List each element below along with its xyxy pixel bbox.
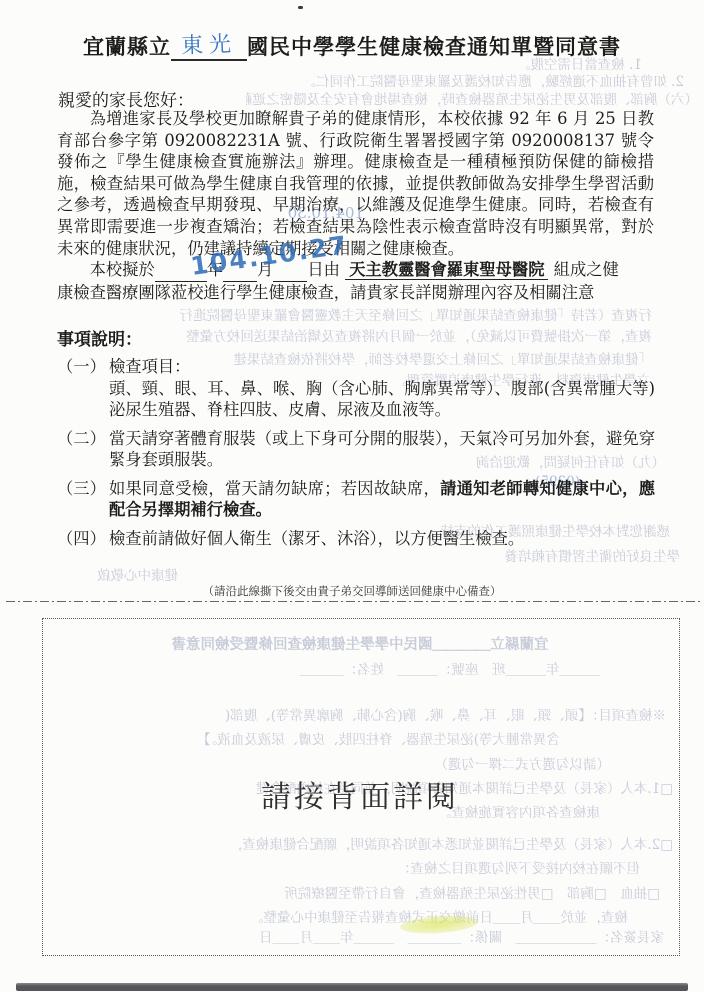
flip-notice: 請接背面詳閱 <box>42 772 678 816</box>
notes-list: （一） 檢查項目： 頭、頸、眼、耳、鼻、喉、胸（含心肺、胸廓異常等）、腹部(含異… <box>57 356 655 556</box>
note-head: 檢查項目： <box>109 357 190 376</box>
form-title-suffix: 國民中學學生健康檢查通知單暨同意書 <box>247 34 621 59</box>
hospital-name: 天主教靈醫會羅東聖母醫院 <box>345 260 548 280</box>
note-text: 如果同意受檢，當天請勿缺席；若因故缺席， <box>109 479 440 498</box>
note-body: 頭、頸、眼、耳、鼻、喉、胸（含心肺、胸廓異常等）、腹部(含異常腫大等)泌尿生殖器… <box>109 378 655 421</box>
paper-speck <box>298 6 303 9</box>
form-title-prefix: 宜蘭縣立 <box>83 34 171 59</box>
scan-edge-bar <box>16 983 688 991</box>
form-title: 宜蘭縣立東光國民中學學生健康檢查通知單暨同意書 <box>0 28 704 61</box>
bleed-through-text: □2.本人（家長）及學生已詳閱並知悉本通知各項說明，願配合健康檢查， <box>85 837 673 854</box>
tear-line <box>6 601 700 602</box>
bleed-through-text: 2. 如曾有抽血不適經驗，應告知校護及羅東聖母醫院工作同仁。 <box>228 74 684 91</box>
note-item: （一） 檢查項目： 頭、頸、眼、耳、鼻、喉、胸（含心肺、胸廓異常等）、腹部(含異… <box>57 356 655 421</box>
bleed-through-text: （六）胸部、腹部及男生泌尿生殖器檢查時，檢查場地會有安全及隱密之遮蔽 <box>246 92 698 109</box>
note-item: （四） 檢查前請做好個人衛生（潔牙、沐浴），以方便醫生檢查。 <box>57 528 655 550</box>
bleed-through-text: 行複查（若持「健康檢查結果通知單」之回條至天主教靈醫會羅東聖母醫院進行 <box>60 308 652 325</box>
bleed-through-text: ※檢查項目：【頭、頸、眼、耳、鼻、喉、胸(含心肺、胸廓異常等)、腹部( <box>78 708 666 725</box>
school-name-handwritten: 東光 <box>180 27 237 60</box>
bleed-through-text: 複查，第一次掛號費可以減免），並於一個月內將複查及矯治結果送回校方彙整 <box>60 329 652 346</box>
note-marker: （二） <box>57 428 106 450</box>
note-text: 當天請穿著體育服裝（或上下身可分開的服裝），天氣冷可另加外套，避免穿緊身套頭服裝… <box>109 429 655 470</box>
tear-instruction: （請沿此線撕下後交由貴子弟交回導師送回健康中心備查） <box>0 583 704 599</box>
note-text: 檢查前請做好個人衛生（潔牙、沐浴），以方便醫生檢查。 <box>109 529 524 548</box>
schedule-tail2: 康檢查醫療團隊蒞校進行學生健康檢查，請貴家長詳閱辦理內容及相關注意 <box>57 282 594 304</box>
schedule-lead: 本校擬於 <box>90 260 155 279</box>
notes-heading: 事項說明： <box>57 325 142 350</box>
bleed-through-text: 家長簽名：＿＿＿＿＿＿ 關係：＿＿＿＿ ＿＿＿年＿＿月＿＿日 <box>58 930 664 947</box>
bleed-through-text: 但不願在校內接受下列勾選項目之檢查： <box>300 861 640 878</box>
schedule-sentence: 本校擬於年月日由 天主教靈醫會羅東聖母醫院 組成之健 康檢查醫療團隊蒞校進行學生… <box>57 259 654 303</box>
note-item: （三） 如果同意受檢，當天請勿缺席；若因故缺席，請通知老師轉知健康中心，應配合另… <box>57 478 655 521</box>
intro-paragraph: 為增進家長及學校更加瞭解貴子弟的健康情形，本校依據 92 年 6 月 25 日教… <box>57 108 654 259</box>
bleed-through-slip-title: 宜蘭縣立＿＿＿＿國民中學學生健康檢查回條暨受檢同意書 <box>42 636 678 654</box>
bleed-through-text: 含異常腫大等)泌尿生殖器、脊柱四肢、皮膚、尿液及血液。】 <box>90 732 560 749</box>
note-marker: （一） <box>57 356 106 378</box>
schedule-tail1: 組成之健 <box>554 260 619 279</box>
bleed-through-text: ＿＿＿年＿＿＿班 座號：＿＿＿ 姓名：＿＿＿＿＿ <box>300 662 600 679</box>
bleed-through-text: □抽血 □胸部 □男性泌尿生殖器檢查，會自行帶至醫療院所 <box>80 886 660 903</box>
note-item: （二） 當天請穿著體育服裝（或上下身可分開的服裝），天氣冷可另加外套，避免穿緊身… <box>57 428 655 471</box>
note-marker: （三） <box>57 478 106 500</box>
note-marker: （四） <box>57 528 106 550</box>
bleed-through-text: 檢查，並於＿＿月＿＿日前繳交正式檢查報告至健康中心彙整。 <box>80 910 628 927</box>
school-name-blank: 東光 <box>171 28 247 61</box>
